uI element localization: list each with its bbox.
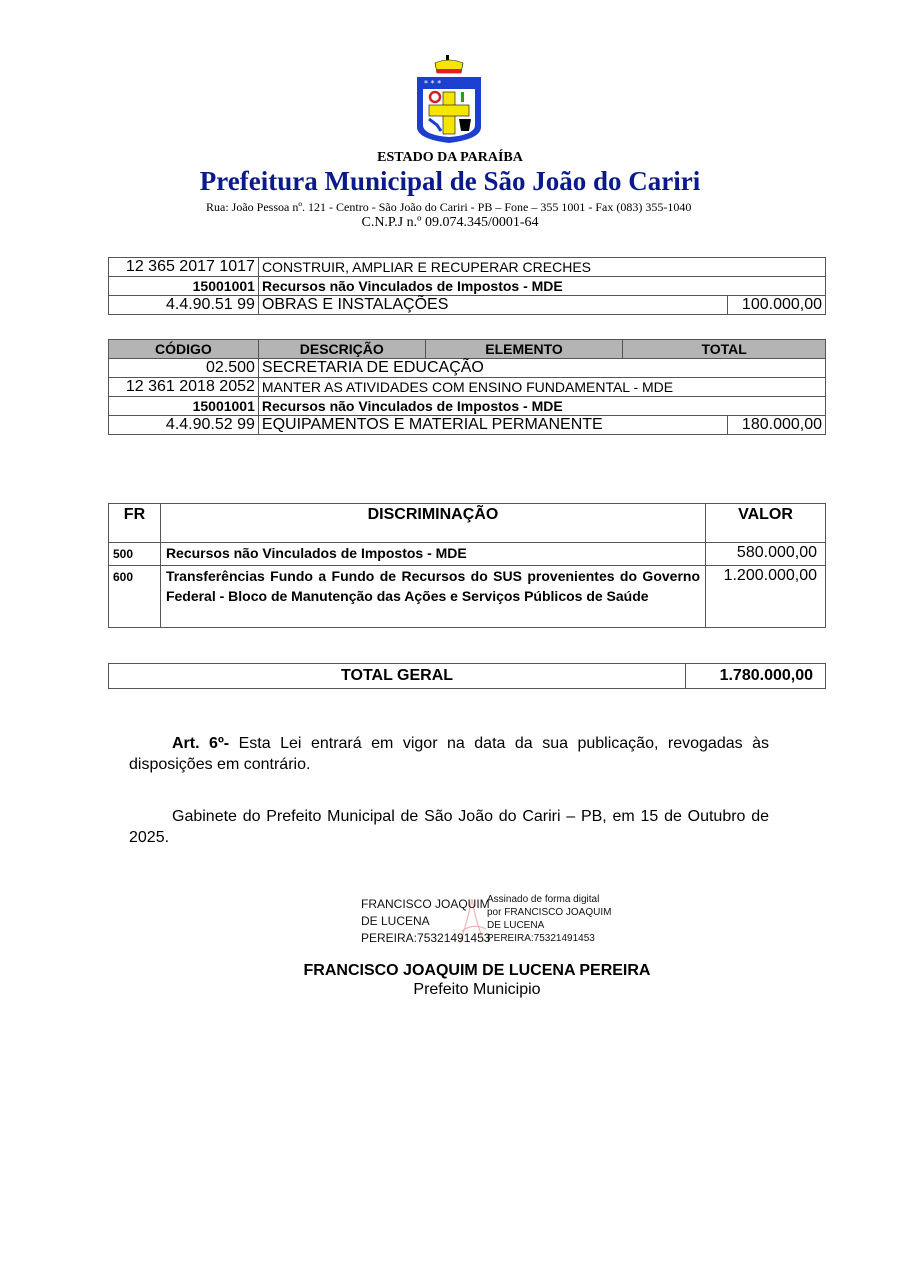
description-cell: MANTER AS ATIVIDADES COM ENSINO FUNDAMEN… [258, 378, 825, 397]
signature-signer-block: FRANCISCO JOAQUIM DE LUCENA PEREIRA:7532… [361, 896, 490, 947]
total-cell: 180.000,00 [728, 416, 826, 435]
municipality-title: Prefeitura Municipal de São João do Cari… [0, 166, 900, 197]
code-cell: 12 361 2018 2052 [109, 378, 259, 397]
table-row: 4.4.90.51 99 OBRAS E INSTALAÇÕES 100.000… [109, 296, 826, 315]
header-descricao: DESCRIÇÃO [258, 340, 425, 359]
signer-line: DE LUCENA [361, 913, 490, 930]
table-row: 15001001 Recursos não Vinculados de Impo… [109, 277, 826, 296]
svg-text:* * *: * * * [424, 79, 441, 88]
table-header-row: CÓDIGO DESCRIÇÃO ELEMENTO TOTAL [109, 340, 826, 359]
signer-line: FRANCISCO JOAQUIM [361, 896, 490, 913]
total-geral-table: TOTAL GERAL 1.780.000,00 [108, 663, 826, 689]
table-row: 600 Transferências Fundo a Fundo de Recu… [109, 566, 826, 628]
signer-role: Prefeito Municipio [0, 981, 900, 999]
description-cell: SECRETARIA DE EDUCAÇÃO [258, 359, 825, 378]
description-cell: CONSTRUIR, AMPLIAR E RECUPERAR CRECHES [258, 258, 825, 277]
description-cell: EQUIPAMENTOS E MATERIAL PERMANENTE [258, 416, 727, 435]
header-codigo: CÓDIGO [109, 340, 259, 359]
budget-table-creches: 12 365 2017 1017 CONSTRUIR, AMPLIAR E RE… [108, 257, 826, 315]
article-paragraph: Art. 6º- Esta Lei entrará em vigor na da… [129, 733, 769, 775]
table-row: 15001001 Recursos não Vinculados de Impo… [109, 397, 826, 416]
article-label: Art. 6º- [172, 735, 229, 752]
header-discriminacao: DISCRIMINAÇÃO [160, 504, 705, 543]
table-row: 12 361 2018 2052 MANTER AS ATIVIDADES CO… [109, 378, 826, 397]
closing-text: Gabinete do Prefeito Municipal de São Jo… [129, 808, 769, 846]
table-row: TOTAL GERAL 1.780.000,00 [109, 664, 826, 689]
value-cell: 580.000,00 [706, 543, 826, 566]
description-cell: Recursos não Vinculados de Impostos - MD… [258, 277, 825, 296]
description-cell: Recursos não Vinculados de Impostos - MD… [160, 543, 705, 566]
total-geral-value: 1.780.000,00 [686, 664, 826, 689]
code-cell: 15001001 [109, 397, 259, 416]
header-elemento: ELEMENTO [425, 340, 623, 359]
table-row: 02.500 SECRETARIA DE EDUCAÇÃO [109, 359, 826, 378]
signature-detail-line: PEREIRA:75321491453 [487, 932, 611, 945]
address-line: Rua: João Pessoa nº. 121 - Centro - São … [206, 200, 691, 215]
cnpj-line: C.N.P.J n.º 09.074.345/0001-64 [0, 215, 900, 231]
signature-details-block: Assinado de forma digital por FRANCISCO … [487, 893, 611, 945]
table-row: 500 Recursos não Vinculados de Impostos … [109, 543, 826, 566]
table-header-row: FR DISCRIMINAÇÃO VALOR [109, 504, 826, 543]
state-name: ESTADO DA PARAÍBA [0, 150, 900, 166]
code-cell: 02.500 [109, 359, 259, 378]
table-row: 12 365 2017 1017 CONSTRUIR, AMPLIAR E RE… [109, 258, 826, 277]
code-cell: 4.4.90.52 99 [109, 416, 259, 435]
code-cell: 12 365 2017 1017 [109, 258, 259, 277]
header-total: TOTAL [623, 340, 826, 359]
header-valor: VALOR [706, 504, 826, 543]
fr-cell: 500 [109, 543, 161, 566]
value-cell: 1.200.000,00 [706, 566, 826, 628]
fr-cell: 600 [109, 566, 161, 628]
table-row: 4.4.90.52 99 EQUIPAMENTOS E MATERIAL PER… [109, 416, 826, 435]
closing-paragraph: Gabinete do Prefeito Municipal de São Jo… [129, 806, 769, 848]
sources-table: FR DISCRIMINAÇÃO VALOR 500 Recursos não … [108, 503, 826, 628]
header-fr: FR [109, 504, 161, 543]
code-cell: 15001001 [109, 277, 259, 296]
total-cell: 100.000,00 [728, 296, 826, 315]
total-geral-label: TOTAL GERAL [109, 664, 686, 689]
signer-name: FRANCISCO JOAQUIM DE LUCENA PEREIRA [0, 962, 900, 980]
code-cell: 4.4.90.51 99 [109, 296, 259, 315]
description-cell: Recursos não Vinculados de Impostos - MD… [258, 397, 825, 416]
signature-detail-line: Assinado de forma digital [487, 893, 611, 906]
budget-table-fundamental: CÓDIGO DESCRIÇÃO ELEMENTO TOTAL 02.500 S… [108, 339, 826, 435]
signature-detail-line: DE LUCENA [487, 919, 611, 932]
signer-line: PEREIRA:75321491453 [361, 930, 490, 947]
description-cell: OBRAS E INSTALAÇÕES [258, 296, 727, 315]
signature-detail-line: por FRANCISCO JOAQUIM [487, 906, 611, 919]
coat-of-arms-icon: * * * [415, 55, 483, 145]
description-cell: Transferências Fundo a Fundo de Recursos… [160, 566, 705, 628]
